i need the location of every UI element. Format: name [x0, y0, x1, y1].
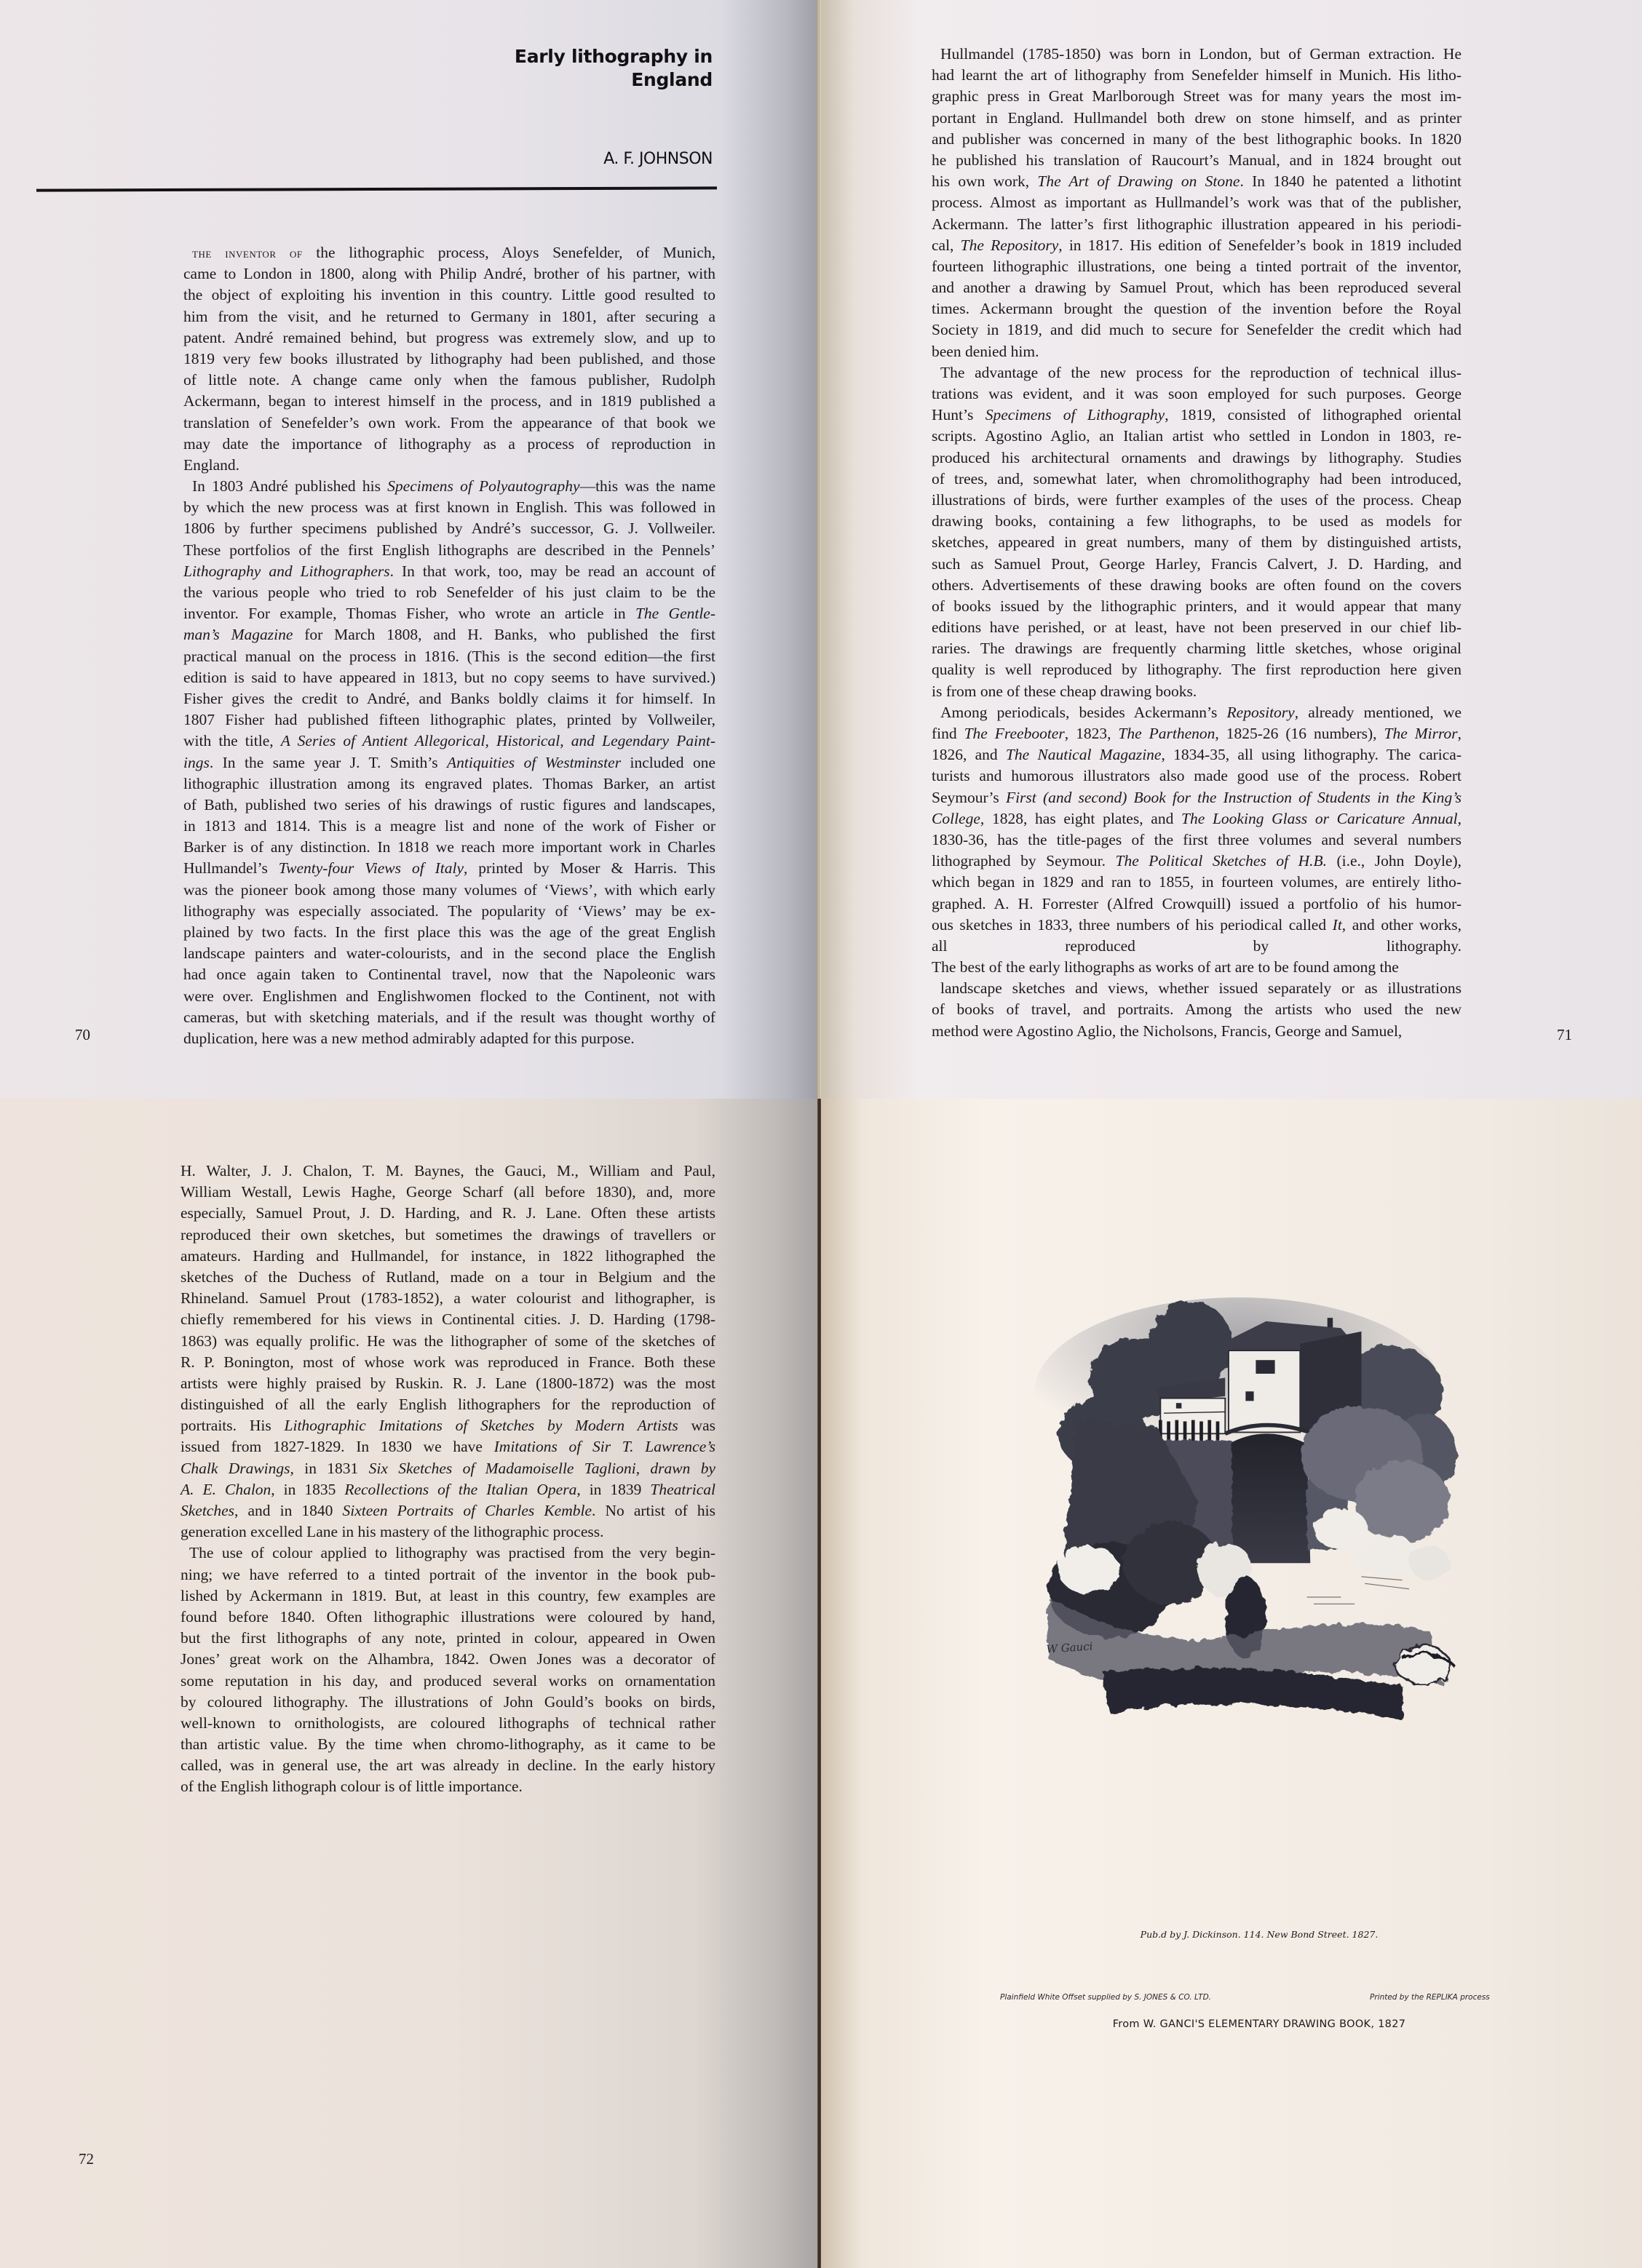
text-line: with the title, A Series of Antient Alle…: [183, 731, 715, 752]
text-line: lithographed by Seymour. The Political S…: [932, 851, 1461, 872]
text-line: Ackermann. The latter’s first lithograph…: [932, 214, 1461, 235]
text-line: College, 1828, has eight plates, and The…: [932, 808, 1461, 829]
text-line: lithography was especially associated. T…: [183, 901, 715, 922]
text-line: well-known to ornithologists, are colour…: [181, 1713, 715, 1734]
text-line: been denied him.: [932, 341, 1461, 362]
printing-credit: Printed by the REPLIKA process: [1370, 1993, 1490, 2002]
text-line: sketches, appeared in great numbers, man…: [932, 532, 1461, 553]
text-line: 1826, and The Nautical Magazine, 1834-35…: [932, 744, 1461, 765]
page-number-72: 72: [79, 2150, 94, 2168]
text-line: 1830-36, has the title-pages of the firs…: [932, 829, 1461, 851]
text-line: patent. André remained behind, but progr…: [183, 327, 715, 349]
text-line: of books issued by the lithographic prin…: [932, 596, 1461, 617]
text-line: portraits. His Lithographic Imitations o…: [181, 1415, 715, 1436]
text-line: him from the visit, and he returned to G…: [183, 306, 715, 327]
text-line: and publisher was concerned in many of t…: [932, 129, 1461, 150]
book-spine-gutter: [817, 0, 820, 1099]
text-line: sketches of the Duchess of Rutland, made…: [181, 1267, 715, 1288]
text-line: Ackermann, began to interest himself in …: [183, 391, 715, 412]
text-line: landscape sketches and views, whether is…: [932, 978, 1461, 999]
text-line: scripts. Agostino Aglio, an Italian arti…: [932, 426, 1461, 447]
text-line: Jones’ great work on the Alhambra, 1842.…: [181, 1649, 715, 1670]
text-line: The best of the early lithographs as wor…: [932, 957, 1461, 978]
text-line: issued from 1827-1829. In 1830 we have I…: [181, 1436, 715, 1457]
text-line: of trees, and, somewhat later, when chro…: [932, 469, 1461, 490]
text-line: H. Walter, J. J. Chalon, T. M. Baynes, t…: [181, 1161, 715, 1182]
text-line: but the first lithographs of any note, p…: [181, 1628, 715, 1649]
text-line: lished by Ackermann in 1819. But, at lea…: [181, 1585, 715, 1607]
text-line: translation of Senefelder’s own work. Fr…: [183, 413, 715, 434]
text-line: the object of exploiting his invention i…: [183, 285, 715, 306]
text-line: 1806 by further specimens published by A…: [183, 518, 715, 539]
text-line: had once again taken to Continental trav…: [183, 964, 715, 985]
text-line: William Westall, Lewis Haghe, George Sch…: [181, 1182, 715, 1203]
opening-small-caps: The inventor of: [192, 246, 303, 261]
printing-credit-text: Printed by the REPLIKA process: [1370, 1993, 1490, 2002]
text-line: 1863) was equally prolific. He was the l…: [181, 1331, 715, 1352]
text-line: graphed. A. H. Forrester (Alfred Crowqui…: [932, 894, 1461, 915]
text-line: drawing books, containing a few lithogra…: [932, 511, 1461, 532]
text-line: by which the new process was at first kn…: [183, 497, 715, 518]
text-line: he published his translation of Raucourt…: [932, 150, 1461, 171]
text-line: Rhineland. Samuel Prout (1783-1852), a w…: [181, 1288, 715, 1309]
text-line: turists and humorous illustrators also m…: [932, 765, 1461, 787]
text-line: These portfolios of the first English li…: [183, 540, 715, 561]
text-line: cal, The Repository, in 1817. His editio…: [932, 235, 1461, 256]
text-line: especially, Samuel Prout, J. D. Harding,…: [181, 1203, 715, 1224]
text-line: found before 1840. Often lithographic il…: [181, 1607, 715, 1628]
text-line: The inventor of the lithographic process…: [183, 242, 715, 263]
text-line: Seymour’s First (and second) Book for th…: [932, 787, 1461, 808]
article-title-line-1: Early lithography in: [515, 45, 713, 68]
text-line: ning; we have referred to a tinted portr…: [181, 1564, 715, 1585]
text-line: fourteen lithographic illustrations, one…: [932, 256, 1461, 277]
text-line: of Bath, published two series of his dra…: [183, 795, 715, 816]
text-line: than artistic value. By the time when ch…: [181, 1734, 715, 1755]
text-line: Barker is of any distinction. In 1818 we…: [183, 837, 715, 858]
text-line: of books of travel, and portraits. Among…: [932, 999, 1461, 1020]
text-line: is from one of these cheap drawing books…: [932, 681, 1461, 702]
spread-pages-70-71: Early lithography in England A. F. JOHNS…: [0, 0, 1642, 1099]
text-line: was the pioneer book among those many vo…: [183, 880, 715, 901]
text-line: method were Agostino Aglio, the Nicholso…: [932, 1021, 1461, 1042]
text-line: Society in 1819, and did much to secure …: [932, 319, 1461, 341]
text-line: in 1813 and 1814. This is a meagre list …: [183, 816, 715, 837]
text-line: chiefly remembered for his views in Cont…: [181, 1309, 715, 1330]
text-line: quality is well reproduced by lithograph…: [932, 659, 1461, 680]
mill-bridge-landscape-image: W Gauci: [1013, 1277, 1464, 1917]
text-line: cameras, but with sketching materials, a…: [183, 1007, 715, 1028]
text-line: find The Freebooter, 1823, The Parthenon…: [932, 723, 1461, 744]
text-line: edition is said to have appeared in 1813…: [183, 667, 715, 688]
text-line: inventor. For example, Thomas Fisher, wh…: [183, 603, 715, 624]
text-line: process. Almost as important as Hullmand…: [932, 192, 1461, 213]
text-line: England.: [183, 455, 715, 476]
text-line: Among periodicals, besides Ackermann’s R…: [932, 702, 1461, 723]
text-line: by coloured lithography. The illustratio…: [181, 1692, 715, 1713]
text-line: Hullmandel (1785-1850) was born in Londo…: [932, 44, 1461, 65]
text-line: may date the importance of lithography a…: [183, 434, 715, 455]
text-line: of the English lithograph colour is of l…: [181, 1776, 715, 1797]
page-number-71: 71: [1557, 1026, 1572, 1044]
text-line: landscape painters and water-colourists,…: [183, 943, 715, 964]
paper-credit: Plainfield White Offset supplied by S. J…: [1000, 1993, 1211, 2002]
body-text-page-72: H. Walter, J. J. Chalon, T. M. Baynes, t…: [181, 1161, 715, 1798]
text-line: raries. The drawings are frequently char…: [932, 638, 1461, 659]
text-line: others. Advertisements of these drawing …: [932, 575, 1461, 596]
text-line: which began in 1829 and ran to 1855, in …: [932, 872, 1461, 893]
page-71: Hullmandel (1785-1850) was born in Londo…: [821, 0, 1642, 1099]
text-line: portant in England. Hullmandel both drew…: [932, 108, 1461, 129]
text-line: reproduced their own sketches, but somet…: [181, 1225, 715, 1246]
text-line: ous sketches in 1833, three numbers of h…: [932, 915, 1461, 936]
text-line: his own work, The Art of Drawing on Ston…: [932, 171, 1461, 192]
text-line: and another a drawing by Samuel Prout, w…: [932, 277, 1461, 298]
text-line: distinguished of all the early English l…: [181, 1394, 715, 1415]
text-line: trations was evident, and it was soon em…: [932, 383, 1461, 405]
text-line: all reproduced by lithography.: [932, 936, 1461, 957]
text-line: lithographic illustration among its engr…: [183, 773, 715, 795]
text-line: the various people who tried to rob Sene…: [183, 582, 715, 603]
text-line: Hullmandel’s Twenty-four Views of Italy,…: [183, 858, 715, 879]
text-line: A. E. Chalon, in 1835 Recollections of t…: [181, 1479, 715, 1500]
page-72: H. Walter, J. J. Chalon, T. M. Baynes, t…: [0, 1099, 818, 2268]
text-line: of little note. A change came only when …: [183, 370, 715, 391]
plate-caption: From W. GANCI'S ELEMENTARY DRAWING BOOK,…: [990, 2018, 1528, 2030]
text-line: R. P. Bonington, most of whose work was …: [181, 1352, 715, 1373]
text-line: Hunt’s Specimens of Lithography, 1819, c…: [932, 405, 1461, 426]
text-line: artists were highly praised by Ruskin. R…: [181, 1373, 715, 1394]
page-number-70: 70: [75, 1026, 90, 1044]
text-line: 1819 very few books illustrated by litho…: [183, 349, 715, 370]
text-line: were over. Englishmen and Englishwomen f…: [183, 986, 715, 1007]
text-line: had learnt the art of lithography from S…: [932, 65, 1461, 86]
text-line: Sketches, and in 1840 Sixteen Portraits …: [181, 1500, 715, 1521]
article-title: Early lithography in England: [515, 45, 713, 92]
text-line: such as Samuel Prout, George Harley, Fra…: [932, 554, 1461, 575]
lithograph-illustration: W Gauci: [1013, 1277, 1464, 1917]
text-line: came to London in 1800, along with Phili…: [183, 263, 715, 285]
text-line: The use of colour applied to lithography…: [181, 1543, 715, 1564]
text-line: 1807 Fisher had published fifteen lithog…: [183, 709, 715, 731]
text-line: some reputation in his day, and produced…: [181, 1671, 715, 1692]
text-line: Lithography and Lithographers. In that w…: [183, 561, 715, 582]
publisher-imprint: Pub.d by J. Dickinson. 114. New Bond Str…: [1106, 1929, 1412, 1940]
text-line: practical manual on the process in 1816.…: [183, 646, 715, 667]
body-text-page-70: The inventor of the lithographic process…: [183, 242, 715, 1049]
title-rule-divider: [36, 186, 717, 191]
article-title-line-2: England: [515, 68, 713, 92]
text-line: editions have perished, or at least, hav…: [932, 617, 1461, 638]
text-line: times. Ackermann brought the question of…: [932, 298, 1461, 319]
text-line: Fisher gives the credit to André, and Ba…: [183, 688, 715, 709]
text-line: amateurs. Harding and Hullmandel, for in…: [181, 1246, 715, 1267]
text-line: graphic press in Great Marlborough Stree…: [932, 86, 1461, 107]
text-line: duplication, here was a new method admir…: [183, 1028, 715, 1049]
text-line: ings. In the same year J. T. Smith’s Ant…: [183, 752, 715, 773]
text-line: called, was in general use, the art was …: [181, 1755, 715, 1776]
text-line: produced his architectural ornaments and…: [932, 447, 1461, 469]
text-line: In 1803 André published his Specimens of…: [183, 476, 715, 497]
text-line: illustrations of birds, were further exa…: [932, 490, 1461, 511]
text-line: plained by two facts. In the first place…: [183, 922, 715, 943]
text-line: man’s Magazine for March 1808, and H. Ba…: [183, 624, 715, 645]
paper-credit-text: Plainfield White Offset supplied by S. J…: [1000, 1993, 1211, 2002]
text-line: Chalk Drawings, in 1831 Six Sketches of …: [181, 1458, 715, 1479]
page-70: Early lithography in England A. F. JOHNS…: [0, 0, 818, 1099]
body-text-page-71: Hullmandel (1785-1850) was born in Londo…: [932, 44, 1461, 1042]
article-author: A. F. JOHNSON: [603, 150, 713, 168]
text-line: The advantage of the new process for the…: [932, 362, 1461, 383]
text-line: generation excelled Lane in his mastery …: [181, 1521, 715, 1543]
